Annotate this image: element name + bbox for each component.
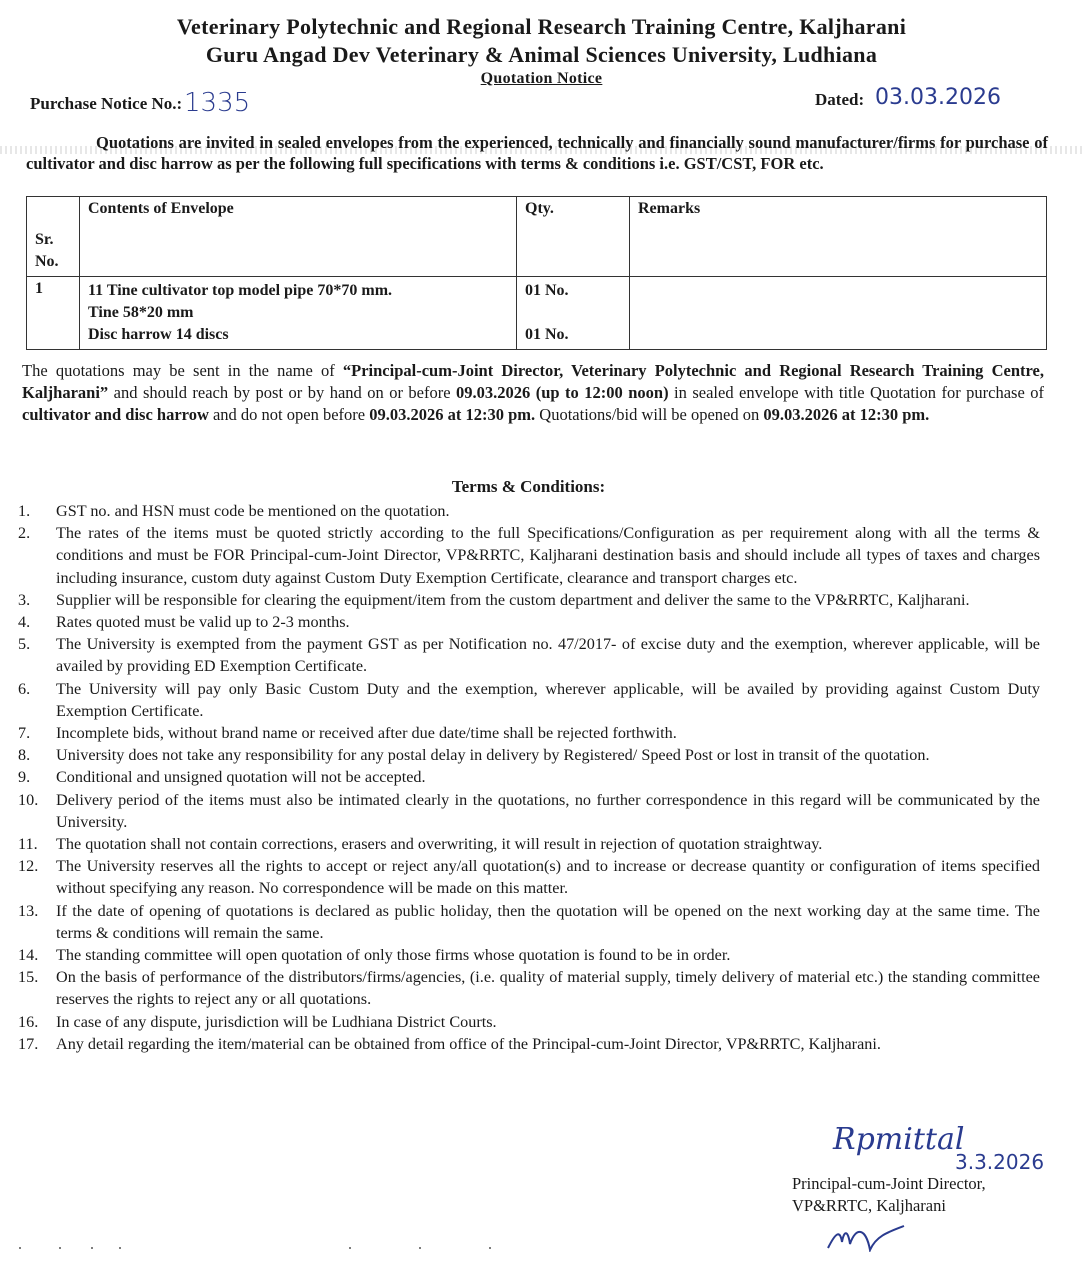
submission-paragraph: The quotations may be sent in the name o… xyxy=(22,360,1044,426)
term-item: 10.Delivery period of the items must als… xyxy=(0,789,1040,833)
term-text: The standing committee will open quotati… xyxy=(56,946,730,964)
cell-contents: 11 Tine cultivator top model pipe 70*70 … xyxy=(80,277,517,350)
institute-heading: Veterinary Polytechnic and Regional Rese… xyxy=(0,14,1083,40)
university-heading: Guru Angad Dev Veterinary & Animal Scien… xyxy=(0,42,1083,68)
qty-line: 01 No. xyxy=(525,324,621,346)
term-text: Supplier will be responsible for clearin… xyxy=(56,591,970,609)
signature-date: 3.3.2026 xyxy=(955,1150,1044,1174)
purchase-notice-number: 1335 xyxy=(184,88,250,118)
cell-sr: 1 xyxy=(27,277,80,350)
term-number: 8. xyxy=(18,744,52,766)
term-number: 11. xyxy=(18,833,52,855)
term-number: 10. xyxy=(18,789,52,811)
signature-scrawl: Rpmittal xyxy=(833,1122,964,1157)
header-qty: Qty. xyxy=(517,197,630,277)
term-item: 13.If the date of opening of quotations … xyxy=(0,900,1040,944)
signatory-designation: Principal-cum-Joint Director, xyxy=(792,1173,986,1195)
term-text: Conditional and unsigned quotation will … xyxy=(56,768,426,786)
term-number: 12. xyxy=(18,855,52,877)
term-text: Incomplete bids, without brand name or r… xyxy=(56,724,677,742)
item-line: 11 Tine cultivator top model pipe 70*70 … xyxy=(88,280,508,302)
term-item: 16.In case of any dispute, jurisdiction … xyxy=(0,1011,1040,1033)
envelope-contents-table: Sr. No. Contents of Envelope Qty. Remark… xyxy=(26,196,1047,350)
item-line: Disc harrow 14 discs xyxy=(88,324,508,346)
term-text: The University is exempted from the paym… xyxy=(56,635,1040,675)
term-number: 16. xyxy=(18,1011,52,1033)
term-item: 12.The University reserves all the right… xyxy=(0,855,1040,899)
cell-qty: 01 No. 01 No. xyxy=(517,277,630,350)
intro-text: Quotations are invited in sealed envelop… xyxy=(26,133,1048,173)
term-item: 11.The quotation shall not contain corre… xyxy=(0,833,1040,855)
term-item: 4.Rates quoted must be valid up to 2-3 m… xyxy=(0,611,1040,633)
header-contents: Contents of Envelope xyxy=(80,197,517,277)
term-text: University does not take any responsibil… xyxy=(56,746,930,764)
intro-paragraph: Quotations are invited in sealed envelop… xyxy=(26,132,1048,174)
term-item: 9.Conditional and unsigned quotation wil… xyxy=(0,766,1040,788)
term-number: 15. xyxy=(18,966,52,988)
term-item: 14.The standing committee will open quot… xyxy=(0,944,1040,966)
term-number: 5. xyxy=(18,633,52,655)
term-item: 8.University does not take any responsib… xyxy=(0,744,1040,766)
term-item: 6.The University will pay only Basic Cus… xyxy=(0,678,1040,722)
term-number: 7. xyxy=(18,722,52,744)
term-text: Delivery period of the items must also b… xyxy=(56,791,1040,831)
term-number: 3. xyxy=(18,589,52,611)
term-number: 13. xyxy=(18,900,52,922)
term-text: GST no. and HSN must code be mentioned o… xyxy=(56,502,450,520)
dated-value: 03.03.2026 xyxy=(875,85,1001,110)
table-row: 1 11 Tine cultivator top model pipe 70*7… xyxy=(27,277,1047,350)
term-item: 17.Any detail regarding the item/materia… xyxy=(0,1033,1040,1055)
signatory-office: VP&RRTC, Kaljharani xyxy=(792,1195,986,1217)
item-line: Tine 58*20 mm xyxy=(88,302,508,324)
dated-label: Dated: xyxy=(815,90,864,110)
term-text: The University will pay only Basic Custo… xyxy=(56,680,1040,720)
quotation-notice-page: Veterinary Polytechnic and Regional Rese… xyxy=(0,0,1083,1267)
cell-remarks xyxy=(630,277,1047,350)
term-number: 9. xyxy=(18,766,52,788)
term-text: The University reserves all the rights t… xyxy=(56,857,1040,897)
term-number: 14. xyxy=(18,944,52,966)
term-text: The quotation shall not contain correcti… xyxy=(56,835,822,853)
term-item: 15.On the basis of performance of the di… xyxy=(0,966,1040,1010)
term-text: Rates quoted must be valid up to 2-3 mon… xyxy=(56,613,350,631)
term-item: 7.Incomplete bids, without brand name or… xyxy=(0,722,1040,744)
term-text: In case of any dispute, jurisdiction wil… xyxy=(56,1013,497,1031)
term-item: 2.The rates of the items must be quoted … xyxy=(0,522,1040,589)
terms-list: 1.GST no. and HSN must code be mentioned… xyxy=(0,500,1040,1055)
term-number: 1. xyxy=(18,500,52,522)
term-number: 6. xyxy=(18,678,52,700)
term-text: Any detail regarding the item/material c… xyxy=(56,1035,881,1053)
term-text: On the basis of performance of the distr… xyxy=(56,968,1040,1008)
qty-line: 01 No. xyxy=(525,280,621,302)
initials-mark xyxy=(826,1222,906,1252)
header-remarks: Remarks xyxy=(630,197,1047,277)
header-sr-no: Sr. No. xyxy=(27,197,80,277)
table-header-row: Sr. No. Contents of Envelope Qty. Remark… xyxy=(27,197,1047,277)
term-text: If the date of opening of quotations is … xyxy=(56,902,1040,942)
term-number: 17. xyxy=(18,1033,52,1055)
term-item: 5.The University is exempted from the pa… xyxy=(0,633,1040,677)
term-number: 2. xyxy=(18,522,52,544)
scan-specks xyxy=(0,1245,600,1251)
term-number: 4. xyxy=(18,611,52,633)
term-item: 3.Supplier will be responsible for clear… xyxy=(0,589,1040,611)
signatory-block: Principal-cum-Joint Director, VP&RRTC, K… xyxy=(792,1173,986,1217)
terms-title: Terms & Conditions: xyxy=(0,477,1057,497)
term-text: The rates of the items must be quoted st… xyxy=(56,524,1040,586)
term-item: 1.GST no. and HSN must code be mentioned… xyxy=(0,500,1040,522)
purchase-notice-label: Purchase Notice No.: xyxy=(30,94,182,114)
